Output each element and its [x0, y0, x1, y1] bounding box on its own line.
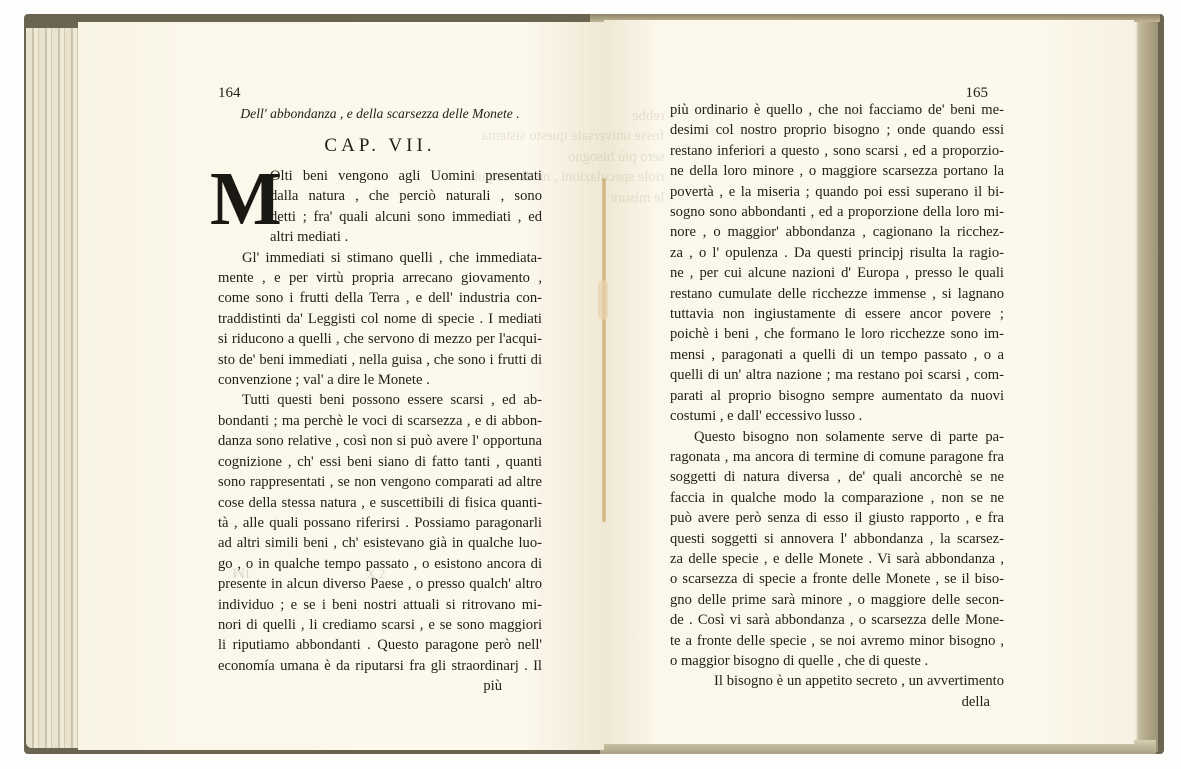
text-line: za delle specie , e delle Monete . Vi sa…: [670, 549, 1004, 569]
text-line: tuttavia non ingiustamente di essere anc…: [670, 304, 1004, 324]
text-line: costumi , e dall' eccessivo lusso .: [670, 406, 1004, 426]
text-line: restano cumulate delle ricchezze immense…: [670, 284, 1004, 304]
text-line: mente , e per virtù propria arrecano gio…: [218, 268, 542, 288]
signature-bleed: ꟽI: [232, 566, 250, 582]
text-line: o maggior bisogno di quelle , che di que…: [670, 651, 1004, 671]
text-line: Il bisogno è un appetito secreto , un av…: [670, 671, 1004, 691]
text-line: Questo bisogno non solamente serve di pa…: [670, 427, 1004, 447]
text-line: traddistinti da' Leggisti col nome di sp…: [218, 309, 542, 329]
text-line: come sono i frutti della Terra , e dell'…: [218, 288, 542, 308]
text-line: povertà , e la miseria ; quando poi essi…: [670, 182, 1004, 202]
signature-text: X 2: [366, 566, 385, 582]
text-line: economía umana è da riputarsi fra gli st…: [218, 656, 542, 676]
binding-thread: [602, 178, 606, 522]
text-line: sto de' beni immediati , nella guisa , c…: [218, 350, 542, 370]
text-line: ne , per cui alcune nazioni d' Europa , …: [670, 263, 1004, 283]
page-number-left: 164: [218, 84, 542, 104]
drop-cap: M: [210, 168, 282, 230]
signature-mark: ꟽI X 2: [232, 566, 502, 582]
text-line: cognizione , ch' essi beni siano di fatt…: [218, 452, 542, 472]
text-line: faccia in qualche modo la comparazione ,…: [670, 488, 1004, 508]
text-line: te a fronte delle specie , se noi avremo…: [670, 631, 1004, 651]
left-page-stack: [26, 28, 86, 748]
text-line: ad altri simili beni , ch' esistevano gi…: [218, 533, 542, 553]
text-line: za , o l' opulenza . Da questi principj …: [670, 243, 1004, 263]
catchword: più: [218, 676, 542, 696]
text-line: può avere però senza di esso il giusto r…: [670, 508, 1004, 528]
text-line: sono rappresentati , se non vengono comp…: [218, 472, 542, 492]
text-line: de . Così vi sarà abbondanza , o scarsez…: [670, 610, 1004, 630]
left-page-text: 164 Dell' abbondanza , e della scarsezza…: [218, 84, 542, 697]
text-line: restano inferiori a questo , sono scarsi…: [670, 141, 1004, 161]
text-line: individuo ; e se i beni nostri attuali s…: [218, 595, 542, 615]
text-line: dalla natura , che perciò naturali , son…: [270, 186, 542, 206]
text-line: o scarsezza di specie a fronte delle Mon…: [670, 569, 1004, 589]
text-line: sogno sono abbondanti , ed a proporzione…: [670, 202, 1004, 222]
right-page-text: 165 più ordinario è quello , che noi fac…: [670, 84, 1004, 712]
text-line: bondanti ; ma perchè le voci di scarsezz…: [218, 411, 542, 431]
text-line: nori di quelli , li crediamo scarsi , e …: [218, 615, 542, 635]
text-line: ne della loro minore , o maggiore scarse…: [670, 161, 1004, 181]
text-line: parati al proprio bisogno sempre aumenta…: [670, 386, 1004, 406]
running-head: Dell' abbondanza , e della scarsezza del…: [218, 104, 542, 126]
text-line: questi soggetti si annovera l' abbondanz…: [670, 529, 1004, 549]
text-line: altri mediati .: [270, 227, 542, 247]
text-line: Gl' immediati si stimano quelli , che im…: [218, 248, 542, 268]
text-line: tà , alle quali possano riferirsi . Poss…: [218, 513, 542, 533]
text-line: cose della stessa natura , e suscettibil…: [218, 493, 542, 513]
text-line: soggetti di natura diversa , de' quali a…: [670, 467, 1004, 487]
text-line: mensi , paragonati a quelli di un tempo …: [670, 345, 1004, 365]
text-line: ragonata , ma ancora di termine di comun…: [670, 447, 1004, 467]
text-line: si riducono a quelli , che servono di me…: [218, 329, 542, 349]
text-line: più ordinario è quello , che noi facciam…: [670, 100, 1004, 120]
text-line: convenzione ; val' a dire le Monete .: [218, 370, 542, 390]
text-line: Tutti questi beni possono essere scarsi …: [218, 390, 542, 410]
page-number-right: 165: [670, 84, 988, 100]
text-line: nore , o maggior' abbondanza , cagionano…: [670, 222, 1004, 242]
text-line: Olti beni vengono agli Uomini presentati: [270, 166, 542, 186]
text-line: danza sono relative , così non si può av…: [218, 431, 542, 451]
binding-knot: [598, 280, 608, 320]
text-line: poichè i beni , che formano le loro ricc…: [670, 324, 1004, 344]
text-line: gno delle prime sarà minore , o maggiore…: [670, 590, 1004, 610]
text-line: desimi col nostro proprio bisogno ; onde…: [670, 120, 1004, 140]
catchword: della: [670, 692, 1004, 712]
text-line: quelli di un' altra nazione ; ma restano…: [670, 365, 1004, 385]
first-paragraph: M Olti beni vengono agli Uomini presenta…: [218, 166, 542, 248]
text-line: detti ; fra' quali alcuni sono immediati…: [270, 207, 542, 227]
text-line: li riputiamo abbondanti . Questo paragon…: [218, 635, 542, 655]
